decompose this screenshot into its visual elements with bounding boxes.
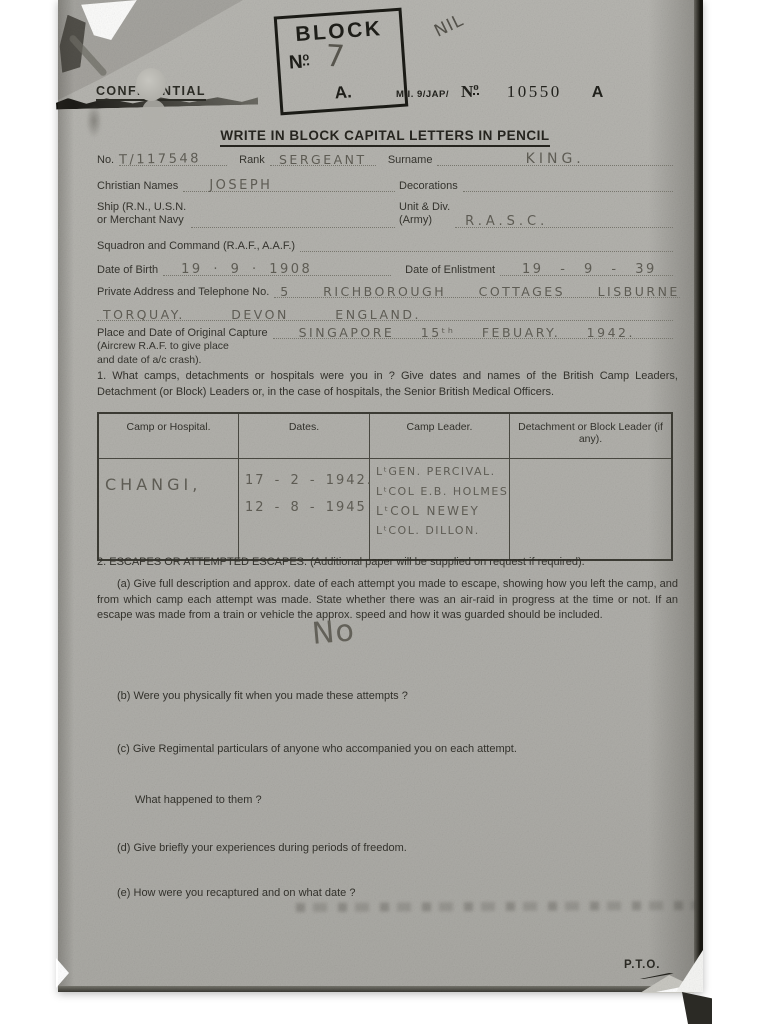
pencil-smear <box>86 104 102 138</box>
question-2a: (a) Give full description and approx. da… <box>97 577 678 624</box>
ship-field <box>191 227 395 228</box>
dob-field: 19 · 9 · 1908 <box>163 262 391 276</box>
question-2b: (b) Were you physically fit when you mad… <box>97 689 678 705</box>
field-row-dob-enlistment: Date of Birth 19 · 9 · 1908 Date of Enli… <box>97 258 673 276</box>
question-2d: (d) Give briefly your experiences during… <box>97 841 678 857</box>
question-2c: (c) Give Regimental particulars of anyon… <box>97 742 678 758</box>
unit-field: R.A.S.C. <box>455 214 673 228</box>
enlistment-field: 19 - 9 - 39 <box>500 262 673 276</box>
rank-field: SERGEANT <box>270 152 376 166</box>
table-header-dates: Dates. <box>239 414 370 459</box>
ship-label-line2: or Merchant Navy <box>97 214 186 228</box>
field-row-capture: Place and Date of Original Capture SINGA… <box>97 321 673 339</box>
field-row-address-2: TORQUAY. DEVON ENGLAND. <box>97 303 673 321</box>
question-2c-followup: What happened to them ? <box>135 793 435 809</box>
capture-note-line1: (Aircrew R.A.F. to give place <box>97 340 229 354</box>
ship-label-line1: Ship (R.N., U.S.N. <box>97 201 186 215</box>
file-reference: M.I. 9/JAP/ No 10550 A <box>396 82 603 102</box>
paper-hole <box>136 68 166 101</box>
decorations-label: Decorations <box>399 180 463 192</box>
capture-note: (Aircrew R.A.F. to give place and date o… <box>97 340 229 367</box>
capture-label: Place and Date of Original Capture <box>97 327 273 339</box>
ref-prefix: M.I. 9/JAP/ <box>396 89 449 100</box>
stamp-block-number-handwritten: 7 <box>325 39 348 75</box>
decorations-field <box>463 191 673 192</box>
squadron-label: Squadron and Command (R.A.F., A.A.F.) <box>97 240 300 252</box>
address-field-line1: 5 RICHBOROUGH COTTAGES LISBURNE <box>274 284 680 298</box>
stamp-a-label: A. <box>334 82 352 103</box>
table-header-leader: Camp Leader. <box>370 414 510 459</box>
corner-shadow-fragment <box>682 992 712 1024</box>
capture-note-line2: and date of a/c crash). <box>97 354 229 368</box>
christian-names-field: JOSEPH <box>183 178 395 192</box>
question-1: 1. What camps, detachments or hospitals … <box>97 369 678 400</box>
field-row-squadron: Squadron and Command (R.A.F., A.A.F.) <box>97 236 673 252</box>
stamp-no-label: No <box>288 51 310 74</box>
no-field: T/117548 <box>119 152 227 166</box>
capture-field: SINGAPORE 15ᵗʰ FEBUARY. 1942. <box>273 325 673 339</box>
address-label: Private Address and Telephone No. <box>97 286 274 298</box>
question-2a-answer: No <box>311 613 357 652</box>
rank-label: Rank <box>227 154 270 166</box>
dob-label: Date of Birth <box>97 264 163 276</box>
enlistment-label: Date of Enlistment <box>391 264 500 276</box>
ref-number: 10550 <box>507 82 562 102</box>
table-header-detachment: Detachment or Block Leader (if any). <box>510 414 671 459</box>
ref-suffix: A <box>592 84 604 102</box>
squadron-field <box>300 251 673 252</box>
surname-field: KING. <box>437 151 673 166</box>
table-cell-camp: CHANGI, <box>99 459 239 559</box>
field-row-address: Private Address and Telephone No. 5 RICH… <box>97 280 673 298</box>
block-number-stamp: BLOCK No 7 A. <box>274 8 409 116</box>
form-title: WRITE IN BLOCK CAPITAL LETTERS IN PENCIL <box>97 127 673 145</box>
field-row-ship-unit: Ship (R.N., U.S.N.or Merchant Navy Unit … <box>97 198 673 228</box>
surname-label: Surname <box>376 154 438 166</box>
pto-label: P.T.O. <box>624 959 660 971</box>
field-row-number-rank-surname: No. T/117548 Rank SERGEANT Surname KING. <box>97 148 673 166</box>
unit-label-line2: (Army) <box>399 214 450 228</box>
field-row-names-decorations: Christian Names JOSEPH Decorations <box>97 174 673 192</box>
christian-names-label: Christian Names <box>97 180 183 192</box>
unit-label-line1: Unit & Div. <box>399 201 450 215</box>
no-label: No. <box>97 154 119 166</box>
table-header-camp: Camp or Hospital. <box>99 414 239 459</box>
table-cell-dates: 17 - 2 - 1942. 12 - 8 - 1945 <box>239 459 370 559</box>
table-cell-detachment <box>510 459 671 559</box>
question-2e: (e) How were you recaptured and on what … <box>97 886 678 902</box>
camps-table: Camp or Hospital. Dates. Camp Leader. De… <box>97 412 673 561</box>
address-field-line2: TORQUAY. DEVON ENGLAND. <box>97 307 673 321</box>
question-2-heading: 2. ESCAPES OR ATTEMPTED ESCAPES. (Additi… <box>97 555 678 571</box>
table-cell-leaders: LᵗGEN. PERCIVAL. LᵗCOL E.B. HOLMES LᵗCOL… <box>370 459 510 559</box>
ref-no-label: No <box>461 82 479 102</box>
